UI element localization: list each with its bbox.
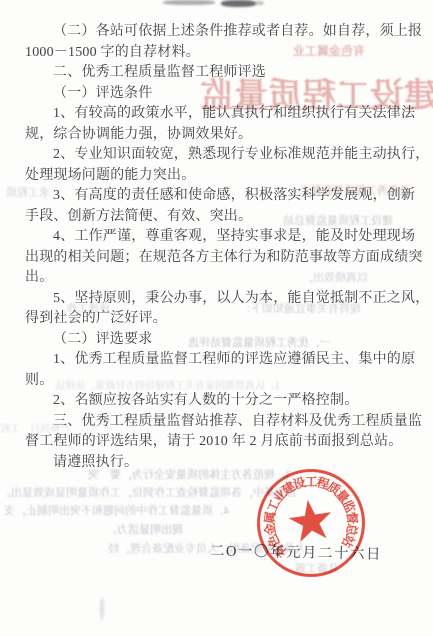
document-line: 督工程师的评选结果，请于 2010 年 2 月底前书面报到总站。 xyxy=(25,432,413,453)
red-star-icon: ★ xyxy=(282,491,340,553)
document-line: 1、优秀工程质量监督工程师的评选应遵循民主、集中的原 xyxy=(25,350,413,371)
scan-smudge xyxy=(255,1,264,5)
document-line: 手段、创新方法简便、有效、突出。 xyxy=(25,207,413,228)
scan-smudge xyxy=(163,0,215,5)
document-line: 规，综合协调能力强，协调效果好。 xyxy=(25,125,413,146)
document-line: 处理现场问题的能力突出。 xyxy=(25,166,413,187)
document-line: 2、专业知识面较宽，熟悉现行专业标准规范并能主动执行， xyxy=(25,145,413,166)
bleedthrough-text: 4、质量监督工作中的问题和不突出明制止，支 xyxy=(4,502,230,518)
official-seal: ★ 有色金属工业建设工程质量监督总站 xyxy=(250,462,372,584)
document-line: 4、工作严谨，尊重客观，坚持实事求是，能及时处理现场 xyxy=(25,227,413,248)
document-line: 三、优秀工程质量监督站推荐、自荐材料及优秀工程质量监 xyxy=(25,412,413,433)
document-line: 得到社会的广泛好评。 xyxy=(25,309,413,330)
document-line: 5、坚持原则，秉公办事，以人为本，能自觉抵制不正之风， xyxy=(25,289,413,310)
document-line: 出。 xyxy=(25,268,413,289)
scanned-document-page: 有色金属工业建设工程质量监求工程质及优秀工程质量监督工建设工程质量监督总站以真绩… xyxy=(0,0,433,636)
document-line: 1、有较高的政策水平，能认真执行和组织执行有关法律法 xyxy=(25,104,413,125)
document-line: （二）评选要求 xyxy=(25,330,413,351)
scan-smudge xyxy=(100,598,104,620)
bleedthrough-text: 现出明显活力。 xyxy=(106,521,183,537)
scan-smudge xyxy=(221,0,256,7)
document-line: 2、名额应按各站实有人数的十分之一严格控制。 xyxy=(25,391,413,412)
document-line: 二、优秀工程质量监督工程师评选 xyxy=(25,63,413,84)
document-line: （二）各站可依据上述条件推荐或者自荐。如自荐，须上报 xyxy=(25,22,413,43)
document-line: 则。 xyxy=(25,371,413,392)
document-line: 出现的相关问题；在规范各方主体行为和防范事故等方面成绩突 xyxy=(25,248,413,269)
document-line: 1000－1500 字的自荐材料。 xyxy=(25,43,413,64)
document-body: （二）各站可依据上述条件推荐或者自荐。如自荐，须上报1000－1500 字的自荐… xyxy=(25,22,413,473)
document-line: （一）评选条件 xyxy=(25,84,413,105)
document-line: 3、有高度的责任感和使命感，积极落实科学发展观，创新 xyxy=(25,186,413,207)
